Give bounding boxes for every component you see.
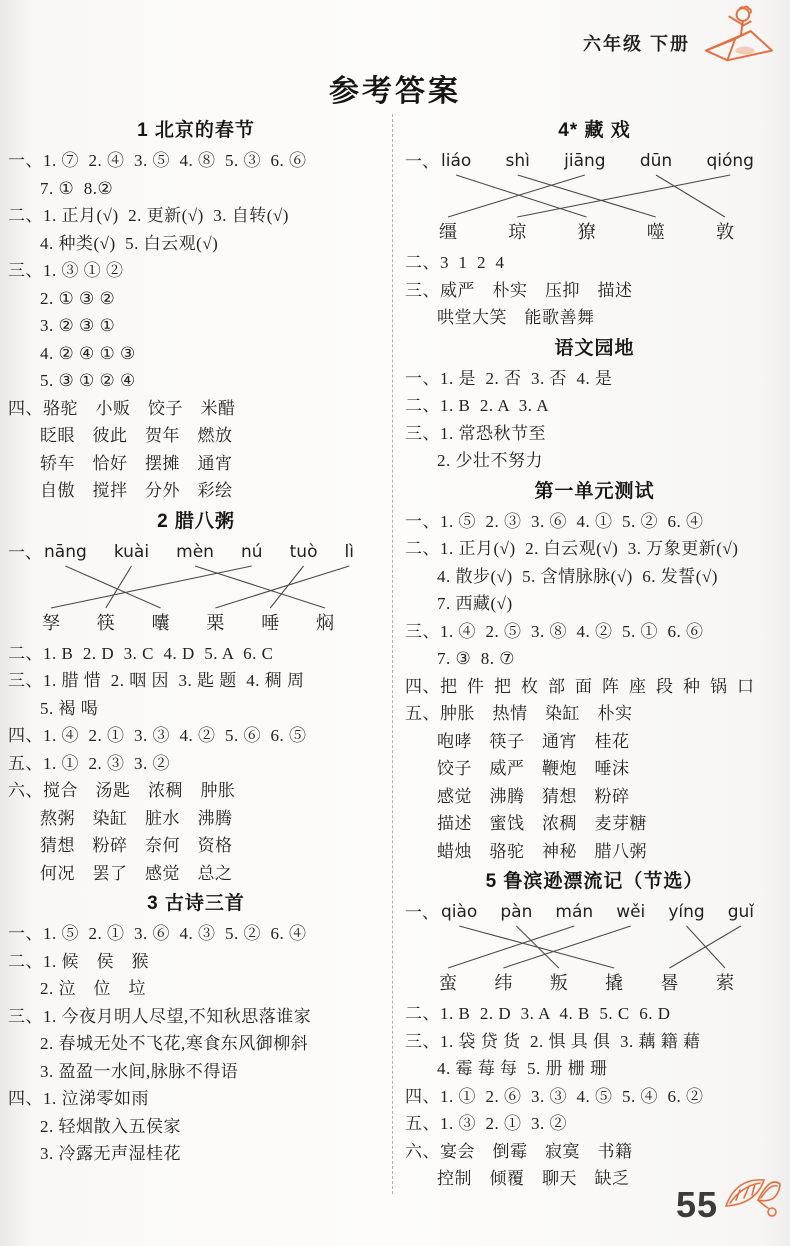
answer-key-page: 六年级 下册 参考答案 1 北京的春节一、1. ⑦ 2. ④ 3. ⑤ 4. ⑧… — [0, 0, 790, 1246]
answer-line: 3. ② ③ ① — [8, 312, 384, 340]
matching-exercise: 一、nāngkuàimènnútuòlì孥筷囔栗唾焖 — [8, 540, 384, 636]
character-row: 蛮纬叛撬晷萦 — [439, 970, 758, 996]
matching-exercise: 一、liáoshìjiāngdūnqióng缰琼獠噬敦 — [405, 149, 784, 245]
answer-line: 7. 西藏(√) — [405, 590, 784, 618]
answer-line: 4. 散步(√) 5. 含情脉脉(√) 6. 发誓(√) — [405, 563, 784, 591]
pinyin-syllable: qiào — [441, 900, 477, 924]
section-heading: 3 古诗三首 — [8, 888, 384, 919]
section-heading: 4* 藏 戏 — [405, 115, 784, 146]
page-header: 六年级 下册 — [0, 0, 790, 64]
answer-line: 猜想 粉碎 奈何 资格 — [8, 832, 384, 860]
pinyin-row: nāngkuàimènnútuòlì — [42, 540, 358, 564]
section-heading: 5 鲁滨逊漂流记（节选） — [405, 866, 784, 897]
answer-line: 一、1. ⑤ 2. ③ 3. ⑥ 4. ① 5. ② 6. ④ — [405, 508, 784, 536]
answer-line: 二、1. B 2. D 3. C 4. D 5. A 6. C — [8, 640, 384, 668]
answer-line: 三、1. 常恐秋节至 — [405, 420, 784, 448]
matching-lines — [439, 924, 758, 970]
character-row: 孥筷囔栗唾焖 — [42, 610, 358, 636]
match-character: 噬 — [647, 219, 665, 245]
right-column: 4* 藏 戏一、liáoshìjiāngdūnqióng缰琼獠噬敦二、3 1 2… — [393, 114, 790, 1193]
matching-exercise: 一、qiàopànmánwěiyíngguǐ蛮纬叛撬晷萦 — [405, 900, 784, 996]
answer-line: 3. 盈盈一水间,脉脉不得语 — [8, 1058, 384, 1086]
answer-line: 三、1. 今夜月明人尽望,不知秋思落谁家 — [8, 1003, 384, 1031]
section-heading: 1 北京的春节 — [8, 115, 384, 146]
answer-line: 感觉 沸腾 猜想 粉碎 — [405, 783, 784, 811]
section-heading: 2 腊八粥 — [8, 506, 384, 537]
grade-volume-label: 六年级 下册 — [583, 30, 690, 56]
pinyin-syllable: liáo — [441, 149, 471, 173]
answer-line: 咆哮 筷子 通宵 桂花 — [405, 728, 784, 756]
answer-line: 4. 种类(√) 5. 白云观(√) — [8, 230, 384, 258]
answer-line: 描述 蜜饯 浓稠 麦芽糖 — [405, 810, 784, 838]
pinyin-syllable: dūn — [640, 149, 672, 173]
answer-line: 三、威严 朴实 压抑 描述 — [405, 277, 784, 305]
answer-line: 5. 褐 喝 — [8, 695, 384, 723]
page-footer: 55 — [624, 1160, 784, 1240]
pinyin-syllable: pàn — [500, 900, 532, 924]
answer-line: 2. ① ③ ② — [8, 285, 384, 313]
match-character: 唾 — [261, 610, 279, 636]
matching-lines — [42, 564, 358, 610]
page-title: 参考答案 — [0, 66, 790, 110]
answer-line: 六、搅合 汤匙 浓稠 肿胀 — [8, 777, 384, 805]
answer-line: 7. ③ 8. ⑦ — [405, 645, 784, 673]
pinyin-syllable: shì — [506, 149, 530, 173]
match-character: 孥 — [42, 610, 60, 636]
match-character: 纬 — [494, 970, 512, 996]
match-character: 叛 — [550, 970, 568, 996]
section-heading: 第一单元测试 — [405, 476, 784, 507]
answer-line: 四、1. ④ 2. ① 3. ③ 4. ② 5. ⑥ 6. ⑤ — [8, 722, 384, 750]
answer-line: 三、1. 腊 惜 2. 咽 因 3. 匙 题 4. 稠 周 — [8, 667, 384, 695]
pinyin-syllable: qióng — [706, 149, 753, 173]
match-character: 蛮 — [439, 970, 457, 996]
match-character: 晷 — [661, 970, 679, 996]
answer-line: 何况 罢了 感觉 总之 — [8, 860, 384, 888]
match-character: 栗 — [206, 610, 224, 636]
match-character: 琼 — [508, 219, 526, 245]
answer-line: 二、1. B 2. A 3. A — [405, 392, 784, 420]
answer-line: 蜡烛 骆驼 神秘 腊八粥 — [405, 838, 784, 866]
left-column: 1 北京的春节一、1. ⑦ 2. ④ 3. ⑤ 4. ⑧ 5. ③ 6. ⑥7.… — [0, 114, 393, 1194]
match-character: 敦 — [716, 219, 734, 245]
pinyin-syllable: tuò — [290, 540, 318, 564]
match-character: 囔 — [152, 610, 170, 636]
leaf-decoration-icon — [722, 1170, 784, 1222]
answer-line: 2. 少壮不努力 — [405, 447, 784, 475]
pinyin-syllable: lì — [345, 540, 354, 564]
answer-columns: 1 北京的春节一、1. ⑦ 2. ④ 3. ⑤ 4. ⑧ 5. ③ 6. ⑥7.… — [0, 114, 790, 1194]
answer-line: 四、1. 泣涕零如雨 — [8, 1085, 384, 1113]
answer-line: 一、1. ⑦ 2. ④ 3. ⑤ 4. ⑧ 5. ③ 6. ⑥ — [8, 147, 384, 175]
matching-area: nāngkuàimènnútuòlì孥筷囔栗唾焖 — [42, 540, 358, 636]
answer-line: 一、1. 是 2. 否 3. 否 4. 是 — [405, 365, 784, 393]
answer-line: 二、1. 正月(√) 2. 更新(√) 3. 自转(√) — [8, 202, 384, 230]
match-character: 焖 — [316, 610, 334, 636]
answer-line: 五、1. ③ 2. ① 3. ② — [405, 1110, 784, 1138]
pinyin-syllable: kuài — [114, 540, 149, 564]
match-character: 撬 — [605, 970, 623, 996]
answer-line: 4. ② ④ ① ③ — [8, 340, 384, 368]
matching-label: 一、 — [8, 540, 42, 566]
answer-line: 自傲 搅拌 分外 彩绘 — [8, 477, 384, 505]
answer-line: 2. 轻烟散入五侯家 — [8, 1113, 384, 1141]
answer-line: 二、3 1 2 4 — [405, 249, 784, 277]
paper-plane-mascot-icon — [700, 2, 778, 70]
pinyin-syllable: yíng — [668, 900, 704, 924]
answer-line: 4. 霉 莓 每 5. 册 栅 珊 — [405, 1055, 784, 1083]
matching-label: 一、 — [405, 149, 439, 175]
pinyin-row: liáoshìjiāngdūnqióng — [439, 149, 758, 173]
answer-line: 五、1. ① 2. ③ 3. ② — [8, 750, 384, 778]
answer-line: 五、肿胀 热情 染缸 朴实 — [405, 700, 784, 728]
pinyin-syllable: wěi — [616, 900, 645, 924]
match-character: 獠 — [578, 219, 596, 245]
answer-line: 四、把 件 把 枚 部 面 阵 座 段 种 锅 口 — [405, 673, 784, 701]
matching-lines — [439, 173, 758, 219]
pinyin-syllable: jiāng — [564, 149, 605, 173]
answer-line: 三、1. ③ ① ② — [8, 257, 384, 285]
answer-line: 一、1. ⑤ 2. ① 3. ⑥ 4. ③ 5. ② 6. ④ — [8, 920, 384, 948]
answer-line: 眨眼 彼此 贺年 燃放 — [8, 422, 384, 450]
answer-line: 2. 春城无处不飞花,寒食东风御柳斜 — [8, 1030, 384, 1058]
section-heading: 语文园地 — [405, 333, 784, 364]
pinyin-row: qiàopànmánwěiyíngguǐ — [439, 900, 758, 924]
answer-line: 饺子 威严 鞭炮 唾沫 — [405, 755, 784, 783]
match-character: 缰 — [439, 219, 457, 245]
answer-line: 2. 泣 位 垃 — [8, 975, 384, 1003]
answer-line: 三、1. ④ 2. ⑤ 3. ⑧ 4. ② 5. ① 6. ⑥ — [405, 618, 784, 646]
answer-line: 三、1. 袋 贷 货 2. 惧 具 俱 3. 藕 籍 藉 — [405, 1028, 784, 1056]
matching-area: qiàopànmánwěiyíngguǐ蛮纬叛撬晷萦 — [439, 900, 758, 996]
answer-line: 四、1. ① 2. ⑥ 3. ③ 4. ⑤ 5. ④ 6. ② — [405, 1083, 784, 1111]
answer-line: 二、1. 候 侯 猴 — [8, 948, 384, 976]
matching-area: liáoshìjiāngdūnqióng缰琼獠噬敦 — [439, 149, 758, 245]
pinyin-syllable: mèn — [176, 540, 214, 564]
page-number: 55 — [676, 1184, 718, 1226]
answer-line: 四、骆驼 小贩 饺子 米醋 — [8, 395, 384, 423]
pinyin-syllable: mán — [555, 900, 593, 924]
answer-line: 二、1. 正月(√) 2. 白云观(√) 3. 万象更新(√) — [405, 535, 784, 563]
answer-line: 二、1. B 2. D 3. A 4. B 5. C 6. D — [405, 1000, 784, 1028]
answer-line: 哄堂大笑 能歌善舞 — [405, 304, 784, 332]
match-character: 萦 — [716, 970, 734, 996]
answer-line: 熬粥 染缸 脏水 沸腾 — [8, 805, 384, 833]
pinyin-syllable: nú — [241, 540, 263, 564]
character-row: 缰琼獠噬敦 — [439, 219, 758, 245]
match-character: 筷 — [97, 610, 115, 636]
matching-label: 一、 — [405, 900, 439, 926]
answer-line: 轿车 恰好 摆摊 通宵 — [8, 450, 384, 478]
pinyin-syllable: guǐ — [728, 900, 754, 924]
pinyin-syllable: nāng — [44, 540, 87, 564]
answer-line: 3. 冷露无声湿桂花 — [8, 1140, 384, 1168]
answer-line: 5. ③ ① ② ④ — [8, 367, 384, 395]
answer-line: 7. ① 8.② — [8, 175, 384, 203]
